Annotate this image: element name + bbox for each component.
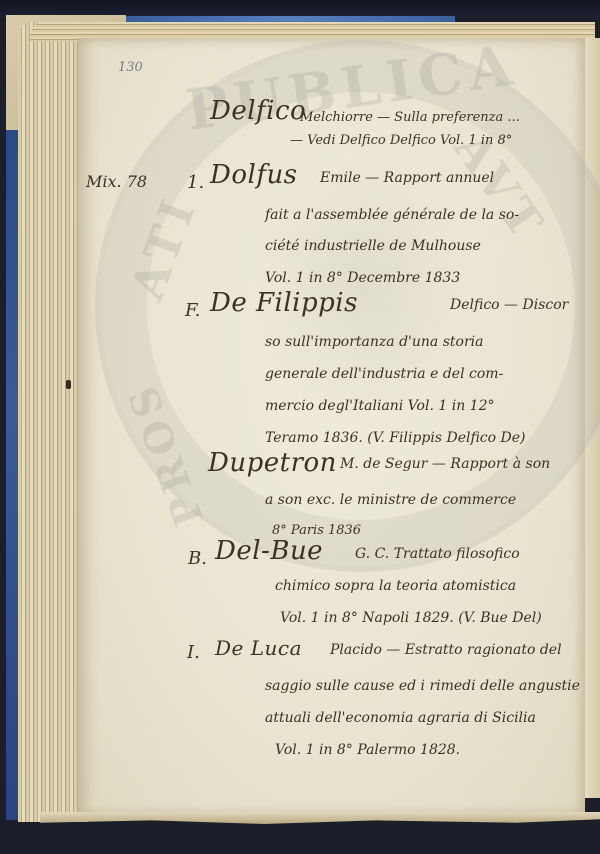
margin-note: Mix. 78 [86, 172, 147, 191]
entry-line: Vol. 1 in 8° Decembre 1833 [265, 270, 460, 286]
entry-line: Vol. 1 in 8° Palermo 1828. [275, 742, 460, 758]
entry-line: chimico sopra la teoria atomistica [275, 578, 516, 594]
entry-line: M. de Segur — Rapport à son [340, 456, 550, 472]
ink-blot [66, 380, 71, 389]
entry-line: a son exc. le ministre de commerce [265, 492, 516, 508]
entry-line: so sull'importanza d'una storia [265, 334, 483, 350]
entry-heading: Dupetron [208, 448, 337, 478]
entry-line: ciété industrielle de Mulhouse [265, 238, 481, 254]
entry-heading: Dolfus [210, 160, 298, 190]
entry-line: mercio degl'Italiani Vol. 1 in 12° [265, 398, 494, 414]
entry-line: Melchiorre — Sulla preferenza ... [300, 110, 520, 125]
entry-line: Placido — Estratto ragionato del [330, 642, 562, 658]
entry-letter: 1. [187, 172, 204, 193]
entry-heading: Del-Bue [215, 536, 323, 566]
page-edge-right [585, 38, 600, 798]
page-number: 130 [118, 60, 143, 75]
entry-line: generale dell'industria e del com- [265, 366, 503, 382]
manuscript-page [78, 38, 585, 816]
page-bottom-edge [40, 812, 600, 824]
entry-line: Vol. 1 in 8° Napoli 1829. (V. Bue Del) [280, 610, 542, 626]
entry-heading: De Luca [215, 636, 302, 660]
entry-letter: F. [185, 300, 200, 321]
entry-line: G. C. Trattato filosofico [355, 546, 520, 562]
entry-letter: I. [187, 642, 200, 663]
entry-letter: B. [188, 548, 207, 569]
entry-line: Teramo 1836. (V. Filippis Delfico De) [265, 430, 525, 446]
entry-line: saggio sulle cause ed i rimedi delle ang… [265, 678, 580, 694]
entry-heading: Delfico [210, 96, 306, 126]
entry-line: Delfico — Discor [450, 297, 568, 313]
entry-line: Emile — Rapport annuel [320, 170, 494, 186]
entry-line: — Vedi Delfico Delfico Vol. 1 in 8° [290, 133, 512, 148]
manuscript-scan: PUBLICA ATI AVT PROS 130 Delfico Melchio… [0, 0, 600, 854]
entry-heading: De Filippis [210, 288, 358, 318]
entry-line: fait a l'assemblée générale de la so- [265, 207, 519, 223]
entry-line: attuali dell'economia agraria di Sicilia [265, 710, 536, 726]
